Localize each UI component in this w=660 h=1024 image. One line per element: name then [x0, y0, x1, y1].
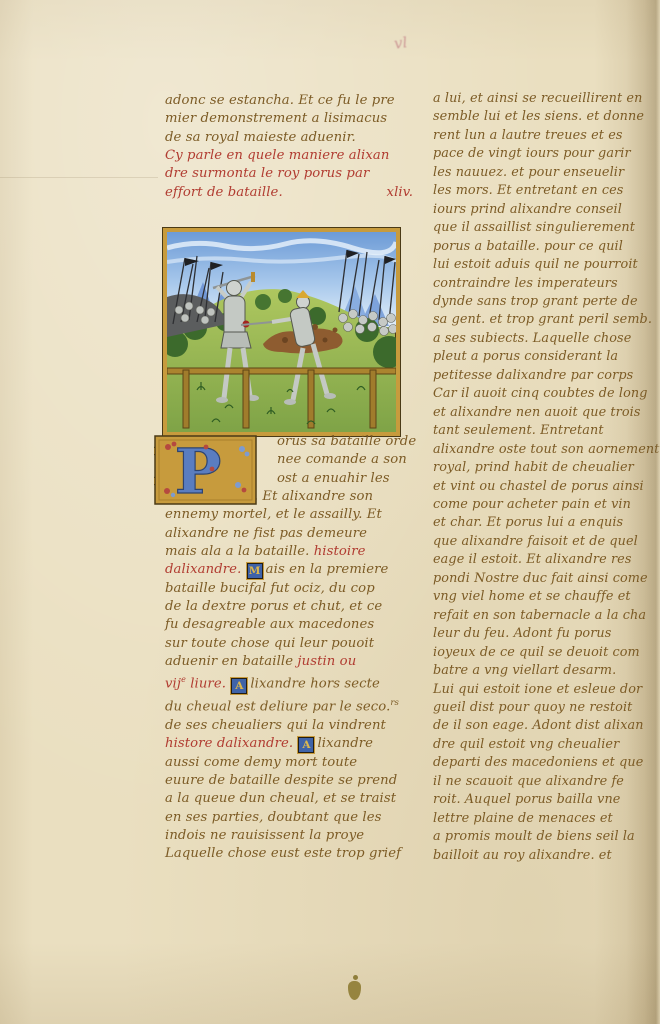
text-line: gueil dist pour quoy ne restoit: [433, 699, 647, 717]
miniature-combat-of-alexander-and-porus: [163, 228, 400, 436]
text-line: et char. Et porus lui a enquis: [433, 514, 647, 532]
text-line: refait en son tabernacle a la cha: [433, 607, 647, 625]
text-line: du cheual est deliure par le seco.rs: [165, 694, 415, 717]
text-line: ioyeux de ce quil se deuoit com: [433, 644, 647, 662]
text-line: et alixandre nen auoit que trois: [433, 404, 647, 422]
text-line: Car il auoit cinq coubtes de long: [433, 385, 647, 403]
text-line: dynde sans trop grant perte de: [433, 293, 647, 311]
manuscript-page: vl adonc se estancha. Et ce fu le premie…: [0, 0, 660, 1024]
text-line: Cy parle en quele maniere alixan: [165, 147, 413, 165]
text-line: dre quil estoit vng cheualier: [433, 736, 647, 754]
ruling-line: [0, 177, 158, 178]
text-line: a la queue dun cheual, et se traist: [165, 790, 415, 808]
text-line: aduenir en bataille justin ou: [165, 653, 415, 671]
text-line: de il son eage. Adont dist alixan: [433, 717, 647, 735]
text-line: il ne scauoit que alixandre fe: [433, 773, 647, 791]
text-line: departi des macedoniens et que: [433, 754, 647, 772]
text-line: vije liure. Alixandre hors secte: [165, 671, 415, 694]
left-column-body: P orus sa bataille ordenee comande a son…: [165, 433, 415, 864]
text-line: royal, prind habit de cheualier: [433, 459, 647, 477]
text-line: alixandre oste tout son aornement: [433, 441, 647, 459]
initial-letter: P: [175, 435, 222, 505]
text-line: de la dextre porus et chut, et ce: [165, 598, 415, 616]
text-line: en ses parties, doubtant que les: [165, 809, 415, 827]
text-line: eage il estoit. Et alixandre res: [433, 551, 647, 569]
text-line: leur du feu. Adont fu porus: [433, 625, 647, 643]
text-line: ennemy mortel, et le assailly. Et: [165, 506, 415, 524]
text-line: iours prind alixandre conseil: [433, 201, 647, 219]
text-line: indois ne rauisissent la proye: [165, 827, 415, 845]
text-line: adonc se estancha. Et ce fu le pre: [165, 92, 413, 110]
text-line: aussi come demy mort toute: [165, 754, 415, 772]
text-line: euure de bataille despite se prend: [165, 772, 415, 790]
text-line: fu desagreable aux macedones: [165, 616, 415, 634]
text-line: que alixandre faisoit et de quel: [433, 533, 647, 551]
text-line: les mors. Et entretant en ces: [433, 182, 647, 200]
text-line: de ses cheualiers qui la vindrent: [165, 717, 415, 735]
text-line: lui estoit aduis quil ne pourroit: [433, 256, 647, 274]
text-line: de sa royal maieste aduenir.: [165, 129, 413, 147]
text-line: bailloit au roy alixandre. et: [433, 847, 647, 865]
text-line: batre a vng viellart desarm.: [433, 662, 647, 680]
text-line: roit. Auquel porus bailla vne: [433, 791, 647, 809]
folio-mark: vl: [393, 33, 409, 53]
text-line: que il assaillist singulierement: [433, 219, 647, 237]
text-line: tant seulement. Entretant: [433, 422, 647, 440]
text-line: mier demonstrement a lisimacus: [165, 110, 413, 128]
text-line: dre surmonta le roy porus par: [165, 165, 413, 183]
text-line: Laquelle chose eust este trop grief: [165, 845, 415, 863]
text-line: contraindre les imperateurs: [433, 275, 647, 293]
text-line: petitesse dalixandre par corps: [433, 367, 647, 385]
right-column: a lui, et ainsi se recueillirent ensembl…: [433, 90, 647, 865]
decorated-initial-P: P: [154, 435, 257, 505]
miniature-scene: [167, 232, 396, 432]
text-line: Lui qui estoit ione et esleue dor: [433, 681, 647, 699]
text-line: alixandre ne fist pas demeure: [165, 525, 415, 543]
text-line: bataille bucifal fut ociz, du cop: [165, 580, 415, 598]
text-line: vng viel home et se chauffe et: [433, 588, 647, 606]
text-line: dalixandre. Mais en la premiere: [165, 561, 415, 579]
text-line: mais ala a la bataille. histoire: [165, 543, 415, 561]
text-line: a ses subiects. Laquelle chose: [433, 330, 647, 348]
text-line: sa gent. et trop grant peril semb.: [433, 311, 647, 329]
text-line: pondi Nostre duc fait ainsi come: [433, 570, 647, 588]
text-line: pleut a porus considerant la: [433, 348, 647, 366]
text-line: histore dalixandre. Alixandre: [165, 735, 415, 753]
left-column-intro: adonc se estancha. Et ce fu le premier d…: [165, 92, 413, 202]
text-line: pace de vingt iours pour garir: [433, 145, 647, 163]
ink-stain: [348, 981, 361, 1000]
text-line: a promis moult de biens seil la: [433, 828, 647, 846]
text-line: rent lun a lautre treues et es: [433, 127, 647, 145]
text-line: les nauuez. et pour enseuelir: [433, 164, 647, 182]
text-line: lettre plaine de menaces et: [433, 810, 647, 828]
text-line: sur toute chose qui leur pouoit: [165, 635, 415, 653]
text-line: semble lui et les siens. et donne: [433, 108, 647, 126]
text-line: et vint ou chastel de porus ainsi: [433, 478, 647, 496]
text-line: a lui, et ainsi se recueillirent en: [433, 90, 647, 108]
text-line: come pour acheter pain et vin: [433, 496, 647, 514]
text-line: porus a bataille. pour ce quil: [433, 238, 647, 256]
text-line: effort de bataille.xliv.: [165, 184, 413, 202]
